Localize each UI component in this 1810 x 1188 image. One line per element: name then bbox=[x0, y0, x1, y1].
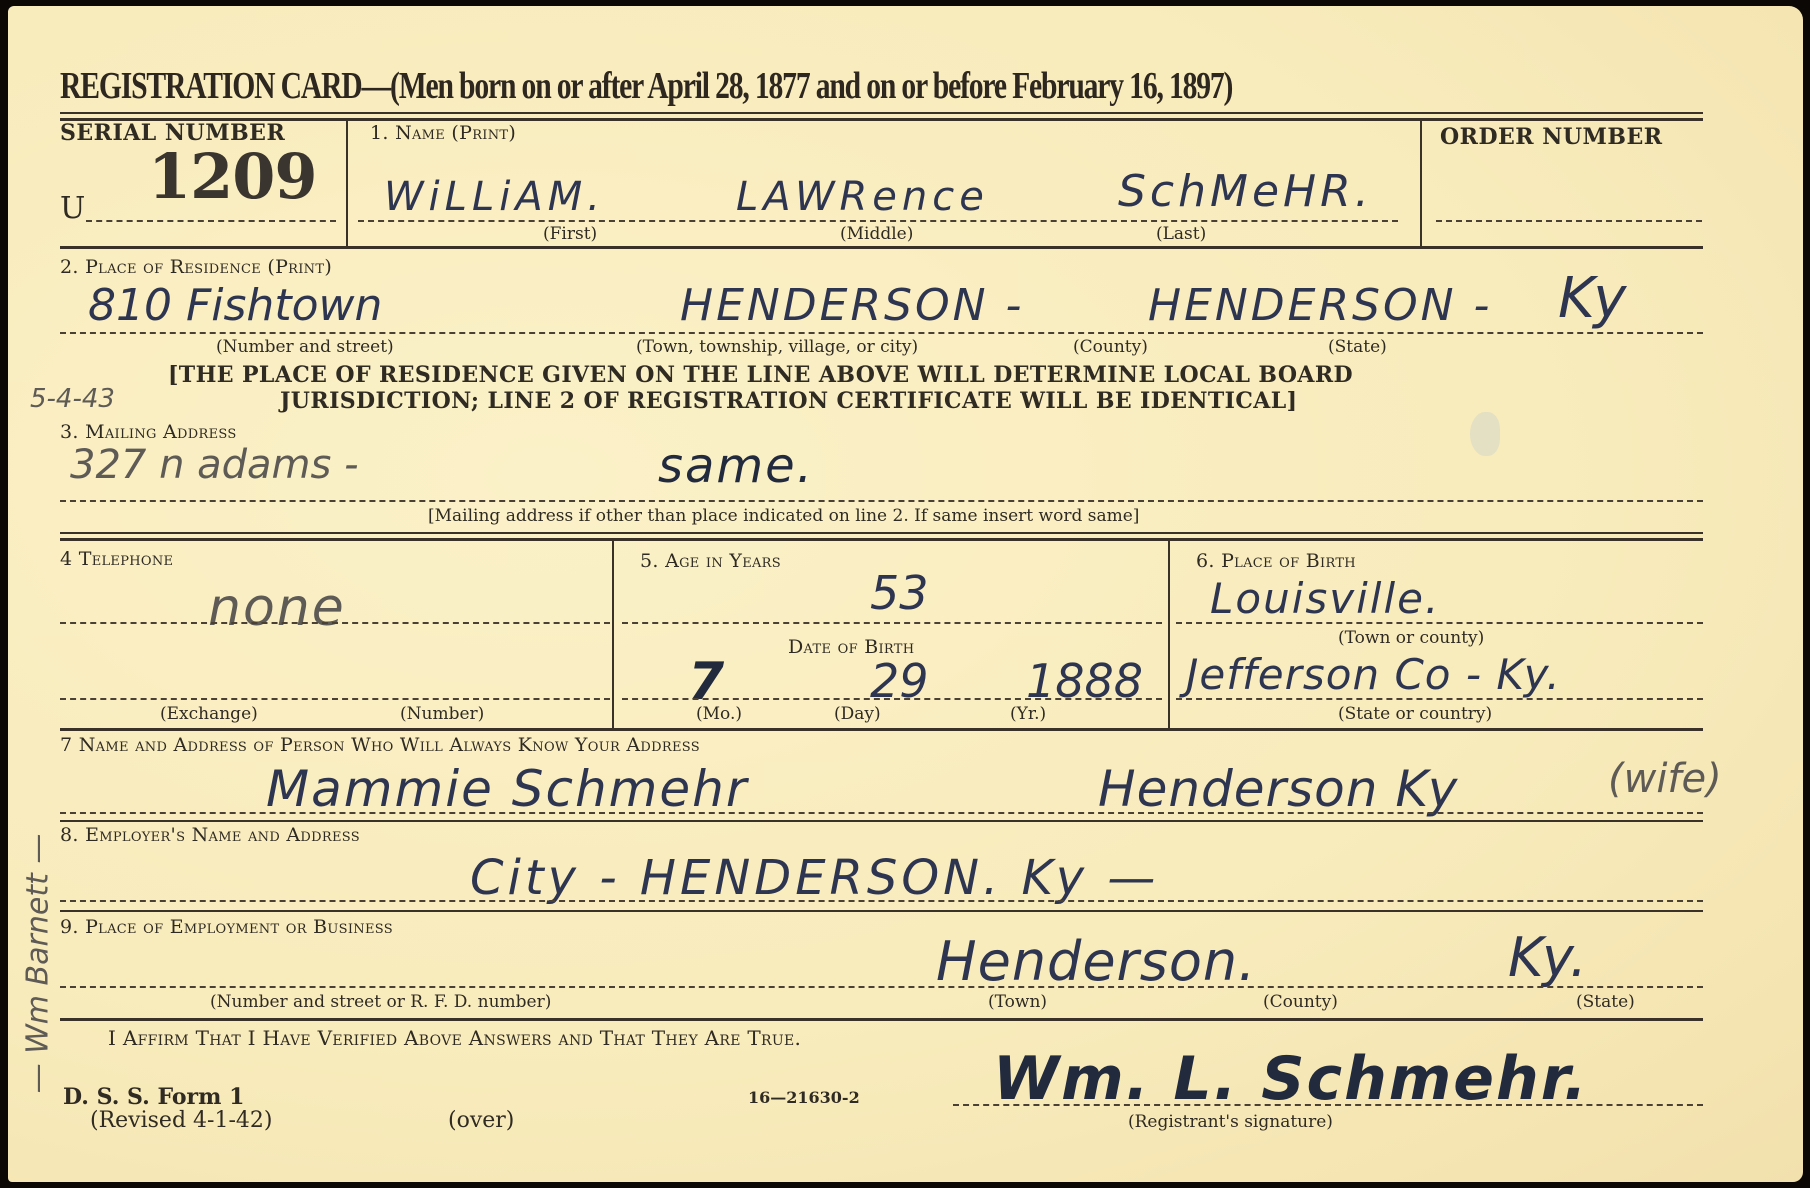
section-rule-5 bbox=[60, 910, 1703, 912]
mailing-caption: [Mailing address if other than place ind… bbox=[428, 506, 1139, 526]
signature-line bbox=[953, 1104, 1703, 1106]
residence-label: 2. Place of Residence (Print) bbox=[60, 256, 332, 278]
top-rule-2 bbox=[60, 118, 1703, 121]
residence-county-caption: (County) bbox=[1073, 337, 1148, 357]
form-name: D. S. S. Form 1 bbox=[63, 1084, 244, 1110]
employment-street-caption: (Number and street or R. F. D. number) bbox=[210, 992, 551, 1012]
residence-town-caption: (Town, township, village, or city) bbox=[636, 337, 918, 357]
telephone-value: none bbox=[208, 578, 346, 638]
birthplace-town-caption: (Town or county) bbox=[1338, 628, 1484, 648]
name-middle: LAWRence bbox=[736, 174, 989, 220]
name-first: WiLLiAM. bbox=[384, 174, 605, 220]
name-middle-caption: (Middle) bbox=[840, 224, 913, 244]
dob-day-caption: (Day) bbox=[834, 704, 881, 724]
name-last-caption: (Last) bbox=[1156, 224, 1206, 244]
employment-town: Henderson. bbox=[936, 930, 1256, 993]
residence-notice-line2: JURISDICTION; LINE 2 OF REGISTRATION CER… bbox=[280, 388, 1297, 414]
telephone-label: 4 Telephone bbox=[60, 548, 173, 570]
contact-person-name: Mammie Schmehr bbox=[266, 760, 748, 818]
order-divider bbox=[1420, 120, 1422, 246]
serial-divider bbox=[346, 120, 348, 246]
name-first-caption: (First) bbox=[543, 224, 597, 244]
dob-month-caption: (Mo.) bbox=[696, 704, 742, 724]
form-print-code: 16—21630-2 bbox=[748, 1088, 860, 1107]
telephone-exchange-caption: (Exchange) bbox=[160, 704, 258, 724]
mailing-line bbox=[60, 500, 1703, 502]
employment-state: Ky. bbox=[1508, 926, 1587, 989]
dob-line bbox=[622, 698, 1162, 700]
signature-caption: (Registrant's signature) bbox=[1128, 1112, 1333, 1132]
form-over: (over) bbox=[448, 1108, 514, 1133]
birthplace-state-line bbox=[1176, 698, 1703, 700]
section-rule-4 bbox=[60, 820, 1703, 822]
order-number-label: ORDER NUMBER bbox=[1440, 124, 1663, 150]
residence-street-caption: (Number and street) bbox=[216, 337, 394, 357]
residence-line bbox=[60, 332, 1703, 334]
contact-person-label: 7 Name and Address of Person Who Will Al… bbox=[60, 734, 700, 756]
section-rule-2b bbox=[60, 538, 1703, 541]
employment-place-label: 9. Place of Employment or Business bbox=[60, 916, 393, 938]
birthplace-state: Jefferson Co - Ky. bbox=[1186, 650, 1561, 699]
dob-year-caption: (Yr.) bbox=[1010, 704, 1046, 724]
birthplace-divider bbox=[1168, 540, 1170, 728]
contact-person-line bbox=[60, 812, 1703, 814]
section-rule-3 bbox=[60, 728, 1703, 731]
age-line bbox=[622, 622, 1162, 624]
birthplace-state-caption: (State or country) bbox=[1338, 704, 1492, 724]
residence-town: HENDERSON - bbox=[680, 280, 1024, 331]
order-number-line bbox=[1436, 220, 1702, 222]
affirmation-text: I Affirm That I Have Verified Above Answ… bbox=[108, 1026, 801, 1050]
card-title: REGISTRATION CARD—(Men born on or after … bbox=[60, 64, 1232, 108]
mailing-value: same. bbox=[658, 438, 814, 494]
contact-person-relation: (wife) bbox=[1608, 756, 1722, 802]
name-last: SchMeHR. bbox=[1118, 166, 1373, 217]
birthplace-town-line bbox=[1176, 622, 1703, 624]
residence-county: HENDERSON - bbox=[1148, 280, 1492, 331]
section-rule-6 bbox=[60, 1018, 1703, 1021]
birthplace-town: Louisville. bbox=[1210, 574, 1440, 623]
name-label: 1. Name (Print) bbox=[370, 122, 516, 144]
telephone-line-2 bbox=[60, 698, 610, 700]
margin-note-vertical: — Wm Barnett — bbox=[21, 814, 56, 1114]
residence-state: Ky bbox=[1558, 266, 1626, 331]
mailing-annotation: 327 n adams - bbox=[70, 442, 359, 488]
form-revised: (Revised 4-1-42) bbox=[90, 1108, 272, 1133]
employment-town-caption: (Town) bbox=[988, 992, 1047, 1012]
residence-notice-line1: [THE PLACE OF RESIDENCE GIVEN ON THE LIN… bbox=[168, 362, 1353, 388]
section-rule-1 bbox=[60, 246, 1703, 249]
margin-date-annotation: 5-4-43 bbox=[30, 384, 115, 414]
age-value: 53 bbox=[870, 566, 929, 620]
birthplace-label: 6. Place of Birth bbox=[1196, 550, 1356, 572]
serial-line bbox=[86, 220, 336, 222]
paper-stain bbox=[1470, 412, 1500, 456]
name-line bbox=[358, 220, 1398, 222]
top-rule bbox=[60, 112, 1703, 114]
employment-state-caption: (State) bbox=[1576, 992, 1635, 1012]
serial-number-value: 1209 bbox=[148, 140, 317, 213]
section-rule-2a bbox=[60, 532, 1703, 534]
residence-state-caption: (State) bbox=[1328, 337, 1387, 357]
mailing-label: 3. Mailing Address bbox=[60, 421, 237, 443]
employer-label: 8. Employer's Name and Address bbox=[60, 824, 360, 846]
serial-prefix: U bbox=[60, 191, 85, 226]
employment-line bbox=[60, 986, 1703, 988]
registration-card: REGISTRATION CARD—(Men born on or after … bbox=[8, 6, 1803, 1182]
age-divider bbox=[612, 540, 614, 728]
age-label: 5. Age in Years bbox=[640, 550, 781, 572]
employer-value: City - HENDERSON. Ky — bbox=[470, 850, 1159, 906]
dob-month: 7 bbox=[688, 652, 724, 712]
telephone-line bbox=[60, 622, 610, 624]
residence-street: 810 Fishtown bbox=[88, 280, 382, 331]
contact-person-address: Henderson Ky bbox=[1098, 760, 1458, 818]
telephone-number-caption: (Number) bbox=[400, 704, 484, 724]
employment-county-caption: (County) bbox=[1263, 992, 1338, 1012]
employer-line bbox=[60, 900, 1703, 902]
